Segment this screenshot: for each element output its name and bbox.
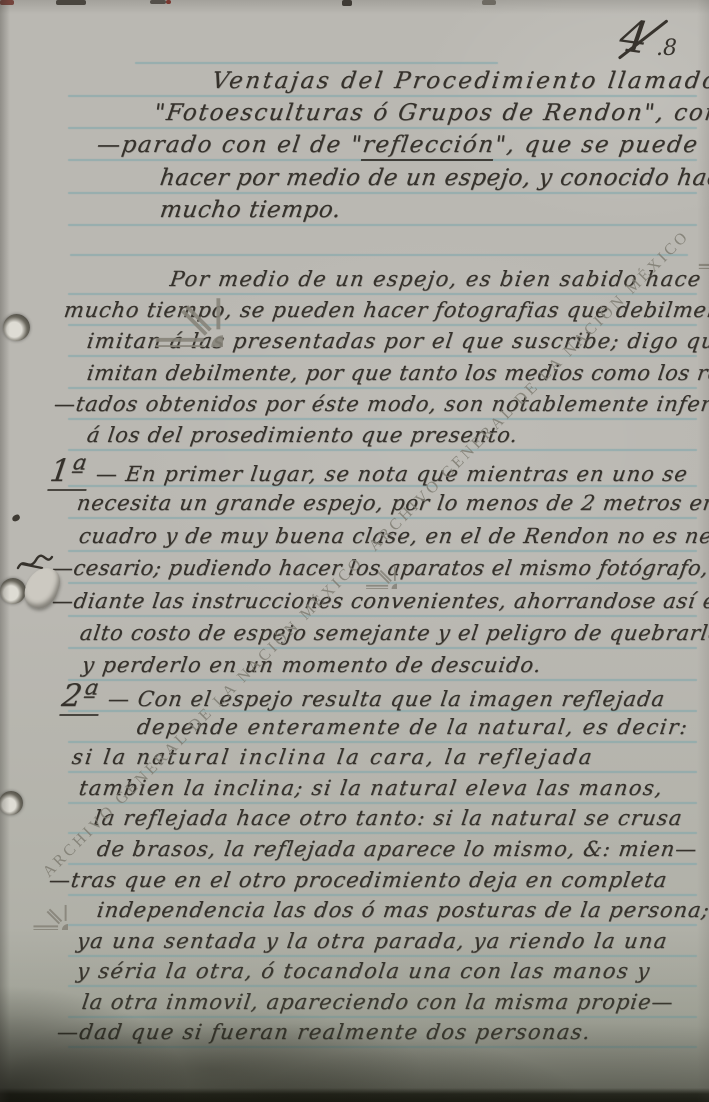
page-edge-mark bbox=[342, 0, 352, 6]
manuscript-line-18: y perderlo en un momento de descuido. bbox=[80, 650, 544, 680]
manuscript-line-27: ya una sentada y la otra parada, ya rien… bbox=[75, 926, 670, 956]
agn-sun-watermark-icon bbox=[632, 164, 709, 269]
manuscript-line-11: á los del prosedimiento que presento. bbox=[85, 420, 520, 450]
ink-speck bbox=[11, 514, 21, 523]
agn-sun-watermark-icon bbox=[612, 720, 709, 905]
manuscript-line-12: 1ª— En primer lugar, se nota que mientra… bbox=[48, 456, 690, 486]
page-edge-mark bbox=[166, 0, 171, 4]
page-edge-mark bbox=[482, 0, 496, 5]
manuscript-line-9: imitan debilmente, por que tanto los med… bbox=[85, 358, 709, 388]
manuscript-line-10: —tados obtenidos por éste modo, son nota… bbox=[52, 389, 709, 419]
manuscript-line-17: alto costo de espejo semejante y el peli… bbox=[78, 618, 709, 648]
manuscript-line-28: y séria la otra, ó tocandola una con las… bbox=[75, 956, 653, 986]
manuscript-line-2: "Fotoesculturas ó Grupos de Rendon", com… bbox=[152, 98, 709, 128]
item-ordinal: 1ª bbox=[47, 456, 91, 491]
punch-hole bbox=[0, 578, 26, 604]
agn-sun-watermark-icon bbox=[312, 504, 397, 589]
manuscript-line-24: de brasos, la reflejada aparece lo mismo… bbox=[95, 834, 699, 864]
manuscript-line-25: —tras que en el otro procedimiento deja … bbox=[47, 865, 670, 895]
ruled-line bbox=[135, 62, 498, 64]
manuscript-line-23: la reflejada hace otro tanto: si la natu… bbox=[92, 803, 685, 833]
punch-hole bbox=[3, 314, 30, 341]
manuscript-line-20: depende enteramente de la natural, es de… bbox=[135, 712, 691, 742]
manuscript-line-16: —diante las instrucciones convenientes, … bbox=[50, 586, 709, 616]
manuscript-line-22: tambien la inclina; si la natural eleva … bbox=[77, 773, 665, 803]
punch-hole bbox=[0, 791, 23, 815]
item-ordinal: 2ª bbox=[59, 681, 103, 716]
manuscript-line-30: —dad que si fueran realmente dos persona… bbox=[55, 1017, 593, 1047]
page-edge-mark bbox=[56, 0, 86, 5]
agn-sun-watermark-icon bbox=[0, 835, 68, 930]
manuscript-line-19: 2ª— Con el espejo resulta que la imagen … bbox=[60, 681, 668, 711]
manuscript-line-1: Ventajas del Procedimiento llamado bbox=[210, 66, 709, 96]
folio-number: .8 bbox=[656, 36, 677, 61]
manuscript-line-4: hacer por medio de un espejo, y conocido… bbox=[158, 163, 709, 193]
manuscript-line-29: la otra inmovil, apareciendo con la mism… bbox=[80, 987, 676, 1017]
manuscript-page: Ventajas del Procedimiento llamado"Fotoe… bbox=[0, 0, 709, 1102]
page-edge-mark bbox=[150, 0, 166, 4]
manuscript-line-3: —parado con el de "reflección", que se p… bbox=[95, 130, 701, 160]
page-edge-mark bbox=[0, 0, 14, 5]
agn-sun-watermark-icon bbox=[38, 162, 223, 347]
